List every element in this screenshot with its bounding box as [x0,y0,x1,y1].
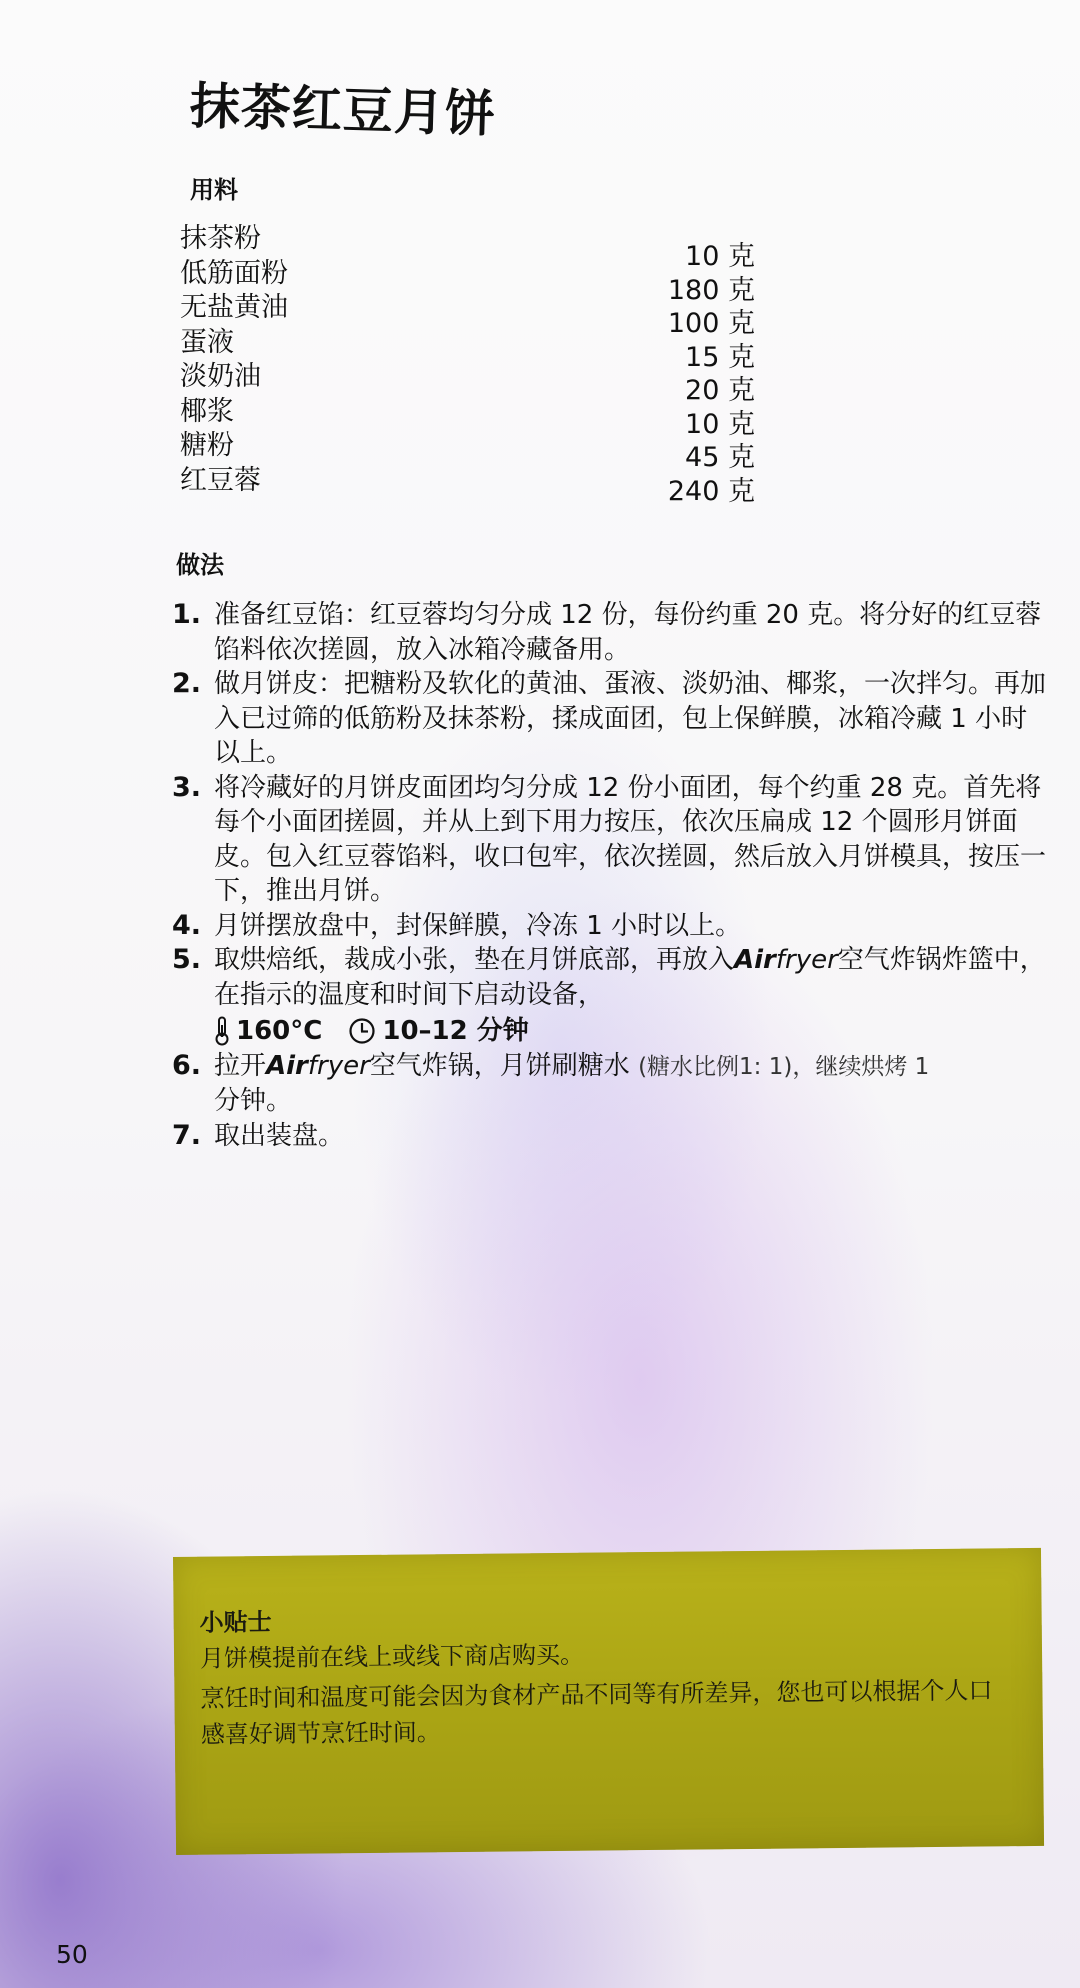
method-heading: 做法 [176,545,224,580]
brand-name-bold: Air [734,945,776,975]
step-number: 1. [172,598,214,633]
step-text-part: 分钟。 [214,1086,292,1116]
ingredient-amount: 20 克 [668,374,755,408]
step-text-part: 空气炸锅，月饼刷糖水 [370,1051,638,1081]
step-item: 6. 拉开Airfryer空气炸锅，月饼刷糖水 (糖水比例1: 1)，继续烘烤 … [172,1049,1052,1119]
ingredient-name: 红豆蓉 [180,464,288,499]
ingredient-name: 蛋液 [180,326,288,361]
brand-name-rest: fryer [776,945,838,975]
step-number: 4. [172,909,214,944]
brand-name-bold: Air [266,1051,308,1081]
step-text: 准备红豆馅：红豆蓉均匀分成 12 份，每份约重 20 克。将分好的红豆蓉馅料依次… [214,598,1052,667]
ingredient-name: 糖粉 [180,429,288,464]
ingredient-amount: 15 克 [668,341,755,375]
step-number: 3. [172,771,214,806]
ingredient-name: 无盐黄油 [180,291,288,326]
recipe-title: 抹茶红豆月饼 [189,66,497,147]
ingredient-amount: 10 克 [668,408,755,442]
ingredient-name: 椰浆 [180,395,288,430]
time-value: 10–12 分钟 [382,1014,528,1049]
step-item: 3. 将冷藏好的月饼皮面团均匀分成 12 份小面团，每个约重 28 克。首先将每… [172,771,1052,909]
step-text: 将冷藏好的月饼皮面团均匀分成 12 份小面团，每个约重 28 克。首先将每个小面… [214,771,1052,909]
ingredient-amount: 180 克 [668,274,755,308]
tip-text: 烹饪时间和温度可能会因为食材产品不同等有所差异，您也可以根据个人口感喜好调节烹饪… [200,1672,1001,1752]
ingredient-names-column: 抹茶粉 低筋面粉 无盐黄油 蛋液 淡奶油 椰浆 糖粉 红豆蓉 [180,222,288,498]
step-number: 2. [172,667,214,702]
step-text: 取烘焙纸，裁成小张，垫在月饼底部，再放入Airfryer空气炸锅炸篮中，在指示的… [214,943,1052,1049]
clock-icon [348,1017,376,1045]
step-text: 做月饼皮：把糖粉及软化的黄油、蛋液、淡奶油、椰浆，一次拌匀。再加入已过筛的低筋粉… [214,667,1052,771]
tips-title: 小贴士 [199,1602,271,1638]
tips-box: 小贴士 月饼模提前在线上或线下商店购买。 烹饪时间和温度可能会因为食材产品不同等… [173,1548,1044,1855]
ingredient-name: 低筋面粉 [180,257,288,292]
step-item: 1. 准备红豆馅：红豆蓉均匀分成 12 份，每份约重 20 克。将分好的红豆蓉馅… [172,598,1052,667]
ingredient-amount: 45 克 [668,441,755,475]
step-text-part: 拉开 [214,1051,266,1081]
tip-text: 月饼模提前在线上或线下商店购买。 [200,1632,1000,1676]
step-number: 7. [172,1119,214,1154]
step-item: 7. 取出装盘。 [172,1119,1052,1154]
step-text-part: 取烘焙纸，裁成小张，垫在月饼底部，再放入 [214,945,734,975]
ingredients-heading: 用料 [190,170,238,205]
ingredient-name: 淡奶油 [180,360,288,395]
temperature-value: 160°C [236,1014,322,1049]
step-number: 6. [172,1049,214,1084]
thermometer-icon [214,1016,230,1046]
step-number: 5. [172,943,214,978]
recipe-page: 抹茶红豆月饼 用料 抹茶粉 低筋面粉 无盐黄油 蛋液 淡奶油 椰浆 糖粉 红豆蓉… [0,0,1080,1988]
brand-name: Airfryer [266,1051,370,1081]
ingredient-amount: 240 克 [668,475,755,509]
step-text: 取出装盘。 [214,1119,1052,1154]
cooking-settings: 160°C 10–12 分钟 [214,1014,1052,1049]
ingredient-amount: 100 克 [668,307,755,341]
step-text: 拉开Airfryer空气炸锅，月饼刷糖水 (糖水比例1: 1)，继续烘烤 1分钟… [214,1049,1052,1119]
step-text: 月饼摆放盘中，封保鲜膜，冷冻 1 小时以上。 [214,909,1052,944]
step-item: 4. 月饼摆放盘中，封保鲜膜，冷冻 1 小时以上。 [172,909,1052,944]
step-item: 5. 取烘焙纸，裁成小张，垫在月饼底部，再放入Airfryer空气炸锅炸篮中，在… [172,943,1052,1049]
page-number: 50 [56,1940,88,1969]
step-text-part: (糖水比例1: 1)，继续烘烤 1 [638,1054,929,1080]
brand-name-rest: fryer [308,1051,370,1081]
ingredient-name: 抹茶粉 [180,222,288,257]
brand-name: Airfryer [734,945,838,975]
ingredient-amounts-column: 10 克 180 克 100 克 15 克 20 克 10 克 45 克 240… [668,240,755,508]
method-steps: 1. 准备红豆馅：红豆蓉均匀分成 12 份，每份约重 20 克。将分好的红豆蓉馅… [172,598,1052,1153]
ingredient-amount: 10 克 [668,240,755,274]
step-item: 2. 做月饼皮：把糖粉及软化的黄油、蛋液、淡奶油、椰浆，一次拌匀。再加入已过筛的… [172,667,1052,771]
